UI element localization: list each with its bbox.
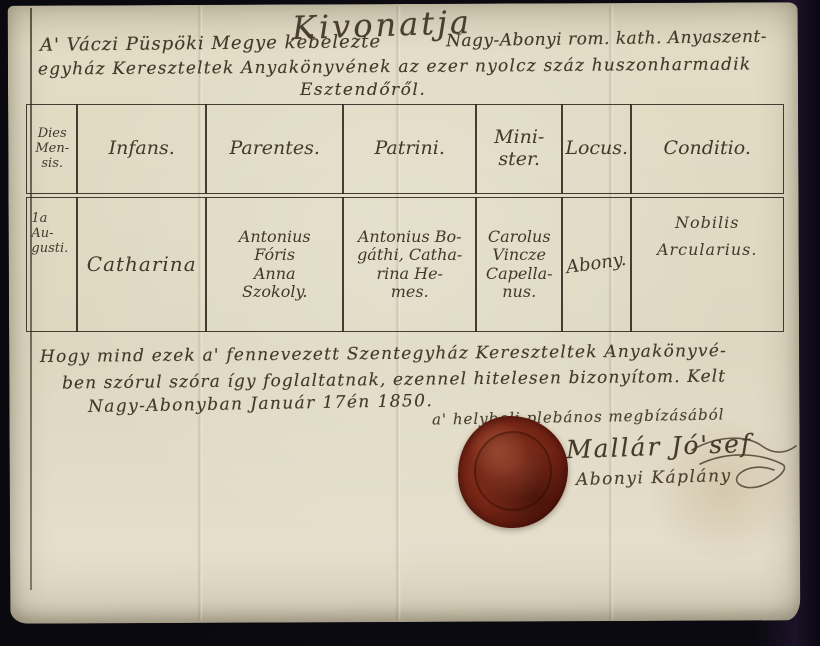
header-cell-patrini: Patrini. (342, 104, 477, 194)
header-line1-left: A' Váczi Püspöki Megye kebelezte (40, 31, 381, 56)
header-cell-infans: Infans. (76, 104, 207, 194)
header-cell-minister: Mini- ster. (475, 104, 563, 194)
header-cell-dies-mensis: Dies Men- sis. (26, 104, 78, 194)
row-cell-infans: Catharina (76, 197, 207, 332)
signature-flourish (690, 430, 800, 510)
row-cell-patrini: Antonius Bo- gáthi, Catha- rina He- mes. (342, 197, 477, 332)
row-cell-conditio: Nobilis Arcularius. (630, 197, 784, 332)
row-cell-minister: Carolus Vincze Capella- nus. (475, 197, 563, 332)
row-cell-locus: Abony. (561, 197, 632, 332)
header-cell-conditio: Conditio. (630, 104, 784, 194)
photo-background: Kivonatja A' Váczi Püspöki Megye kebelez… (0, 0, 820, 646)
header-line3: Esztendőről. (300, 80, 426, 100)
header-cell-locus: Locus. (561, 104, 632, 194)
row-cell-dies-mensis: 1a Au- gusti. (26, 197, 78, 332)
register-table: Dies Men- sis. Infans. Parentes. Patrini… (28, 106, 784, 332)
row-cell-parentes: Antonius Fóris Anna Szokoly. (205, 197, 344, 332)
wax-seal-emblem (474, 431, 552, 511)
header-cell-parentes: Parentes. (205, 104, 344, 194)
